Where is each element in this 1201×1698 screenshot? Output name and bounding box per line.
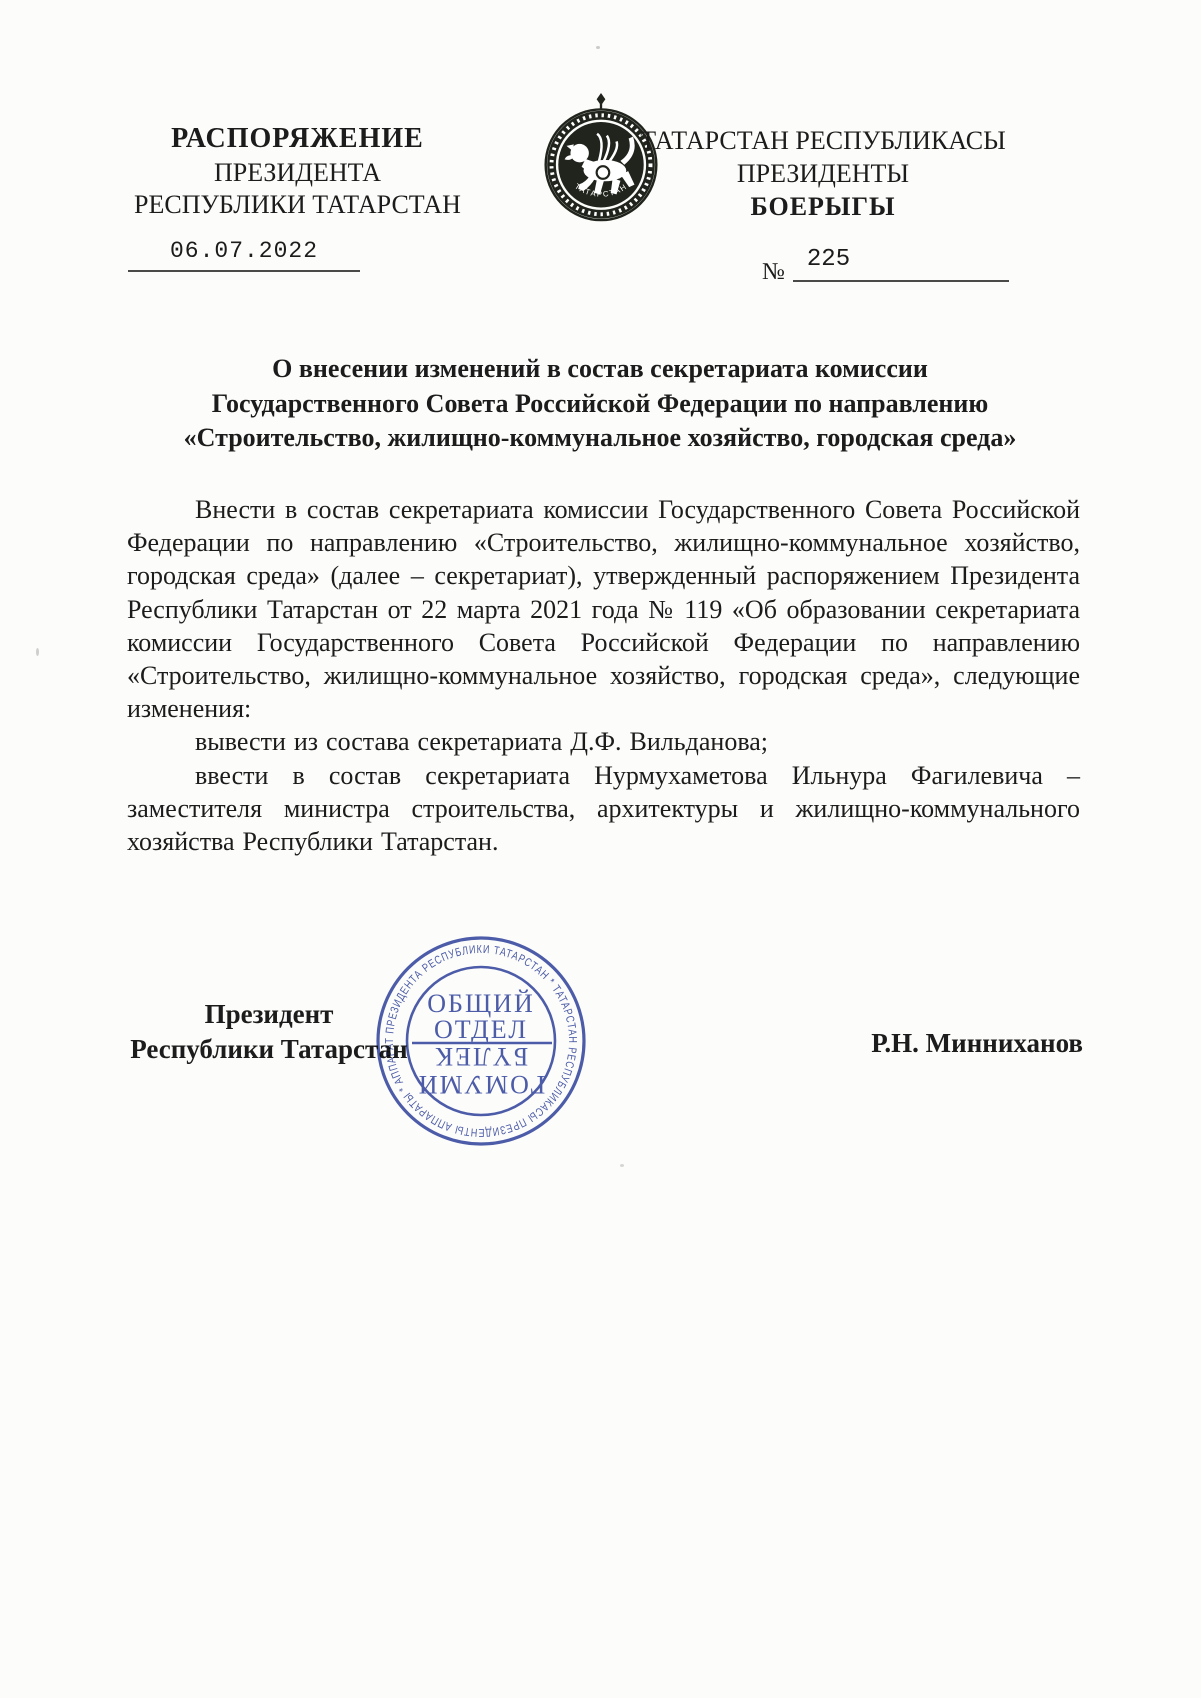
scan-artifact: [620, 1164, 624, 1167]
doc-issuer-tt: ПРЕЗИДЕНТЫ: [632, 157, 1014, 190]
stamp-center-line-1: ОБЩИЙ: [427, 989, 535, 1018]
doc-type-word-tt: БОЕРЫГЫ: [632, 190, 1014, 223]
document-page: РАСПОРЯЖЕНИЕ ПРЕЗИДЕНТА РЕСПУБЛИКИ ТАТАР…: [0, 0, 1201, 1698]
body-paragraph-1: Внести в состав секретариата комиссии Го…: [127, 493, 1080, 725]
scan-artifact: [36, 648, 39, 656]
stamp-flipped-line-1: БҮЛЕК: [434, 1042, 529, 1071]
signature-position-line-1: Президент: [128, 997, 410, 1032]
signature-name: Р.Н. Минниханов: [871, 1028, 1083, 1059]
document-body: Внести в состав секретариата комиссии Го…: [127, 493, 1080, 858]
body-paragraph-2: вывести из состава секретариата Д.Ф. Вил…: [127, 725, 1080, 758]
title-line-2: Государственного Совета Российской Федер…: [125, 387, 1075, 422]
number-field: № 225: [762, 250, 1009, 284]
doc-issuer-region-tt: ТАТАРСТАН РЕСПУБЛИКАСЫ: [632, 124, 1014, 157]
stamp-center-line-2: ОТДЕЛ: [434, 1015, 528, 1044]
doc-issuer-region: РЕСПУБЛИКИ ТАТАРСТАН: [100, 189, 495, 221]
body-paragraph-3: ввести в состав секретариата Нурмухамето…: [127, 759, 1080, 859]
stamp-flipped-line-2: ГОМУМИ: [417, 1070, 546, 1099]
signature-position: Президент Республики Татарстан: [128, 997, 410, 1067]
document-title: О внесении изменений в состав секретариа…: [125, 352, 1075, 456]
title-line-3: «Строительство, жилищно-коммунальное хоз…: [125, 421, 1075, 456]
office-round-stamp: АППАРАТ ПРЕЗИДЕНТА РЕСПУБЛИКИ ТАТАРСТАН …: [372, 932, 590, 1150]
scan-artifact: [596, 46, 600, 49]
number-sign: №: [762, 260, 785, 284]
signature-position-line-2: Республики Татарстан: [128, 1032, 410, 1067]
date-field: 06.07.2022: [128, 238, 360, 272]
number-value: 225: [793, 248, 1009, 282]
doc-issuer-line: ПРЕЗИДЕНТА: [100, 157, 495, 189]
title-line-1: О внесении изменений в состав секретариа…: [125, 352, 1075, 387]
document-type-block-tt: ТАТАРСТАН РЕСПУБЛИКАСЫ ПРЕЗИДЕНТЫ БОЕРЫГ…: [632, 124, 1014, 223]
document-type-block-ru: РАСПОРЯЖЕНИЕ ПРЕЗИДЕНТА РЕСПУБЛИКИ ТАТАР…: [100, 120, 495, 221]
doc-type-word: РАСПОРЯЖЕНИЕ: [100, 120, 495, 157]
